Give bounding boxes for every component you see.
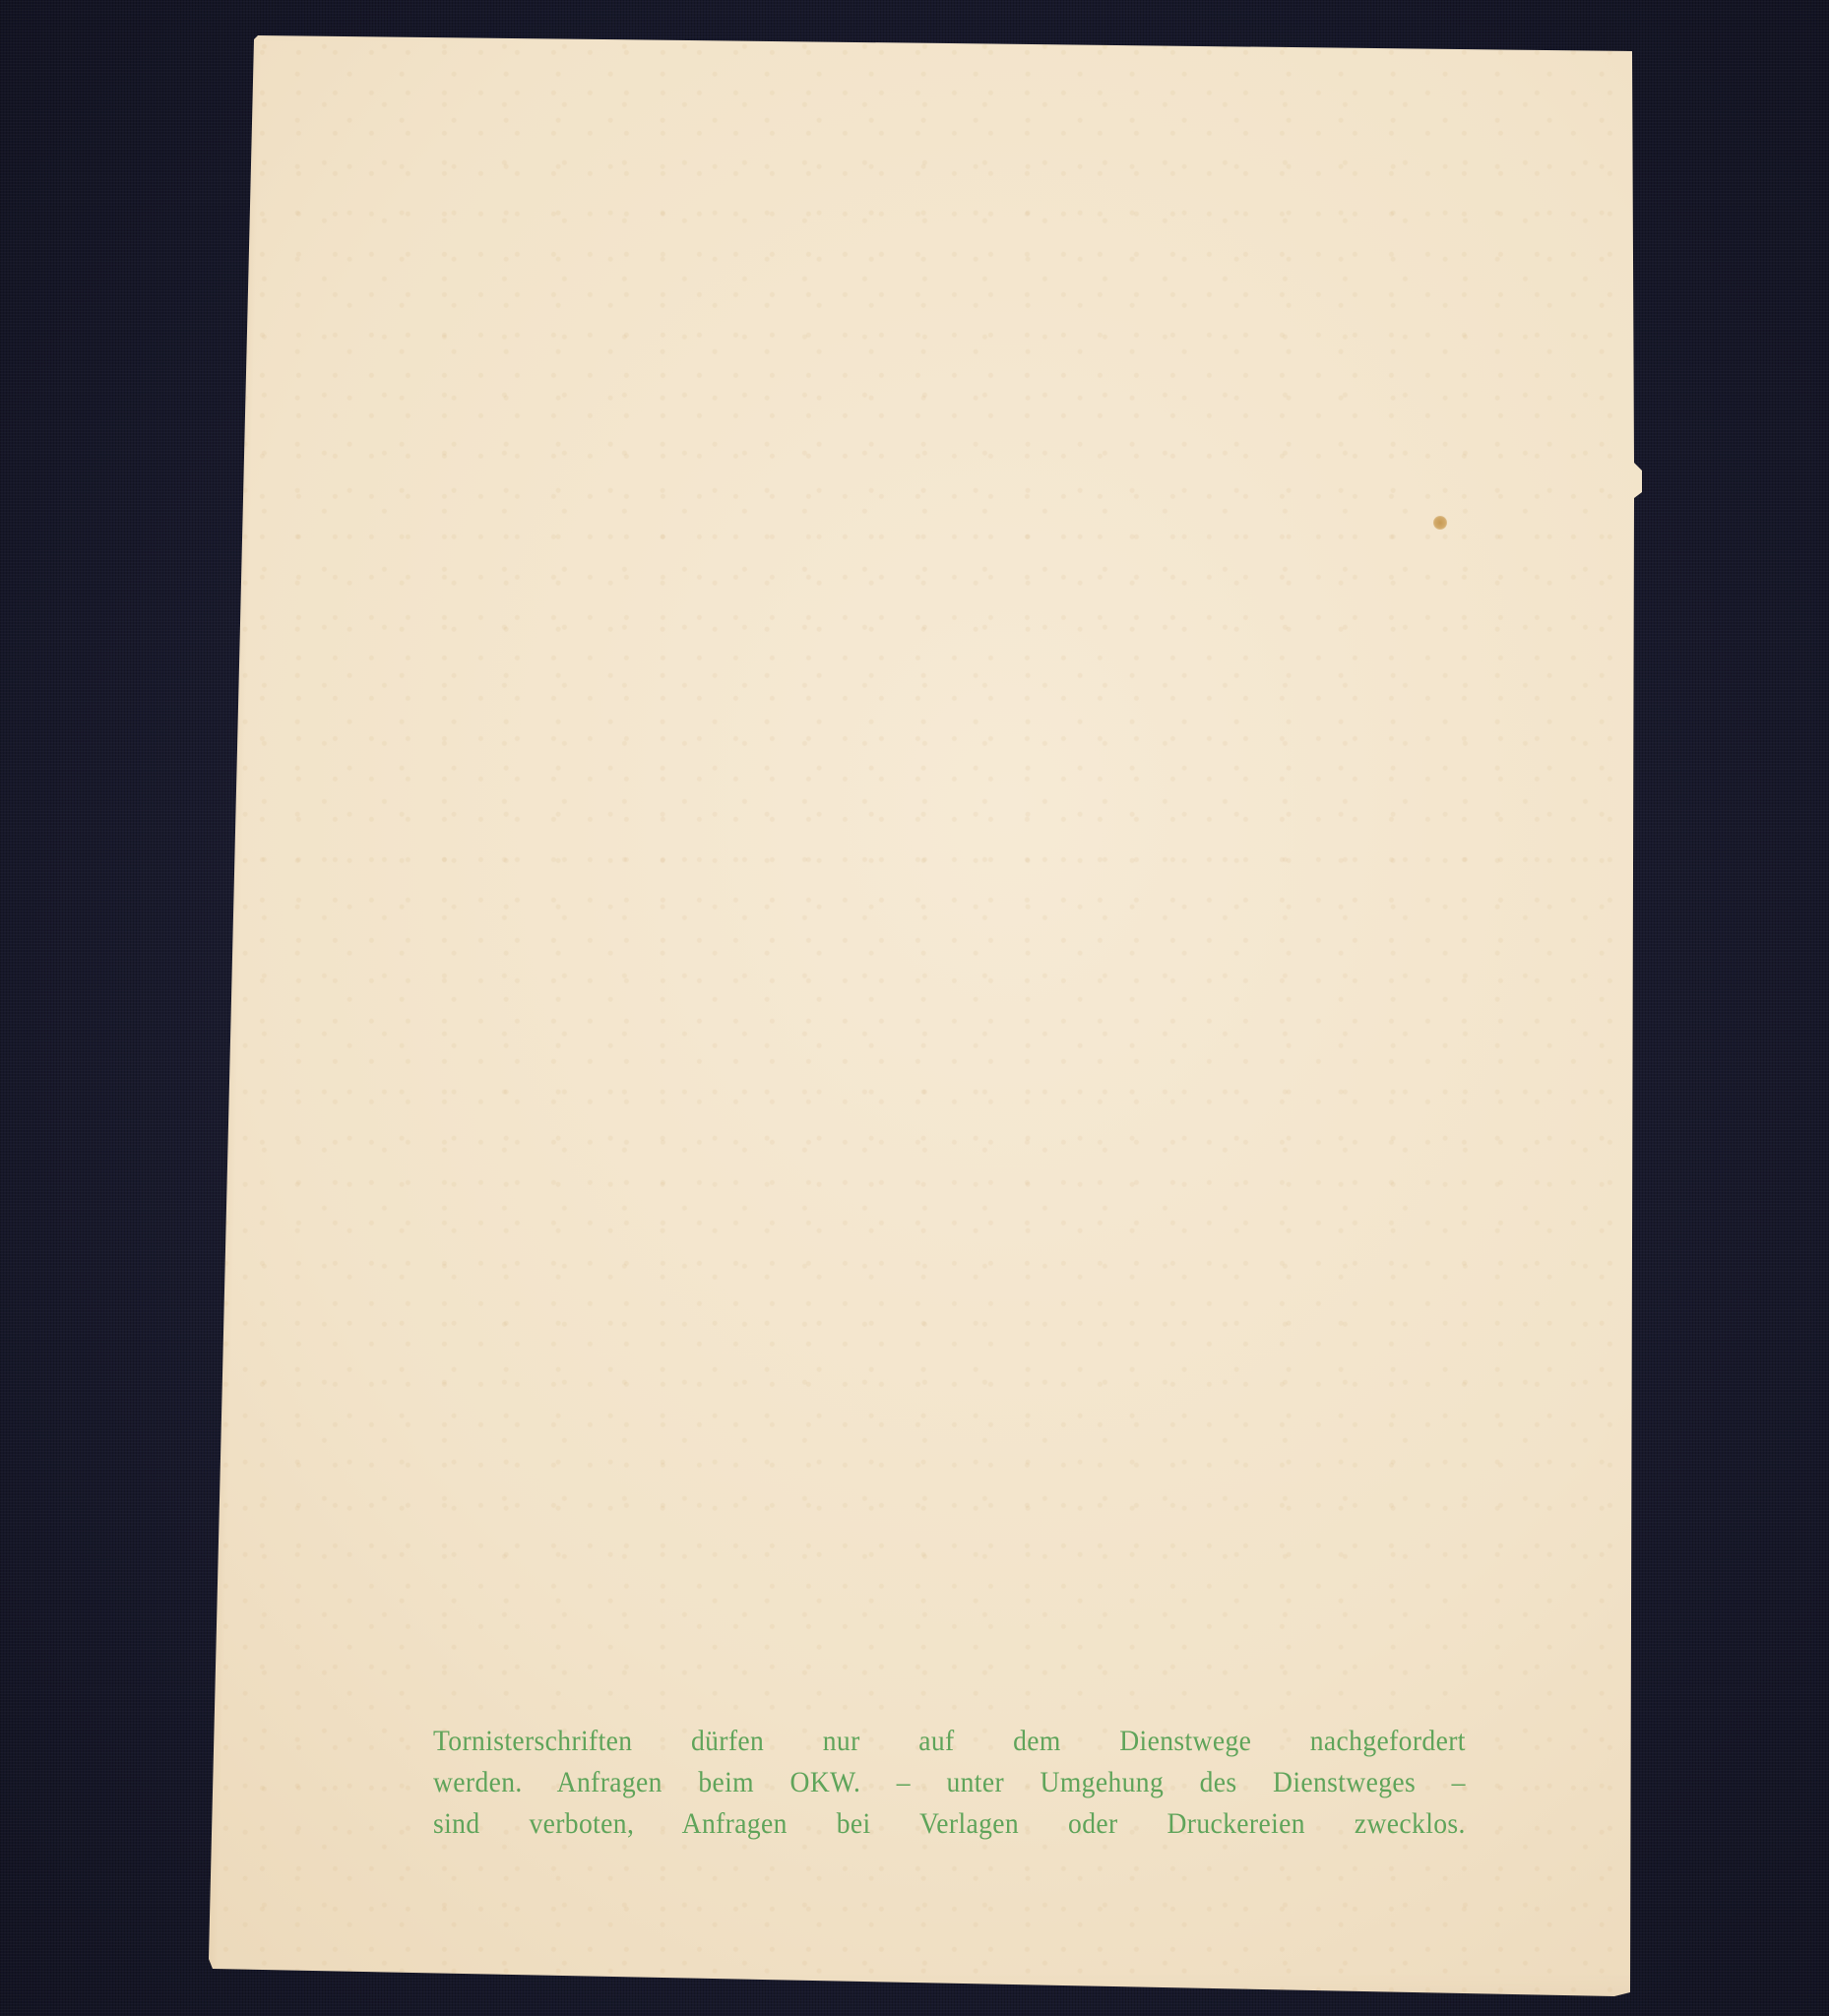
notice-line-2: werden. Anfragen beim OKW. – unter Umgeh… [433,1762,1466,1803]
foxing-stain [1433,516,1447,530]
booklet-back-cover: Tornisterschriften dürfen nur auf dem Di… [0,0,1829,2016]
notice-line-3: sind verboten, Anfragen bei Verlagen ode… [433,1803,1466,1845]
spine-edge-shade [188,39,261,1969]
ordering-notice: Tornisterschriften dürfen nur auf dem Di… [433,1721,1384,1845]
paper-texture [0,0,1829,2016]
notice-line-1: Tornisterschriften dürfen nur auf dem Di… [433,1721,1466,1762]
